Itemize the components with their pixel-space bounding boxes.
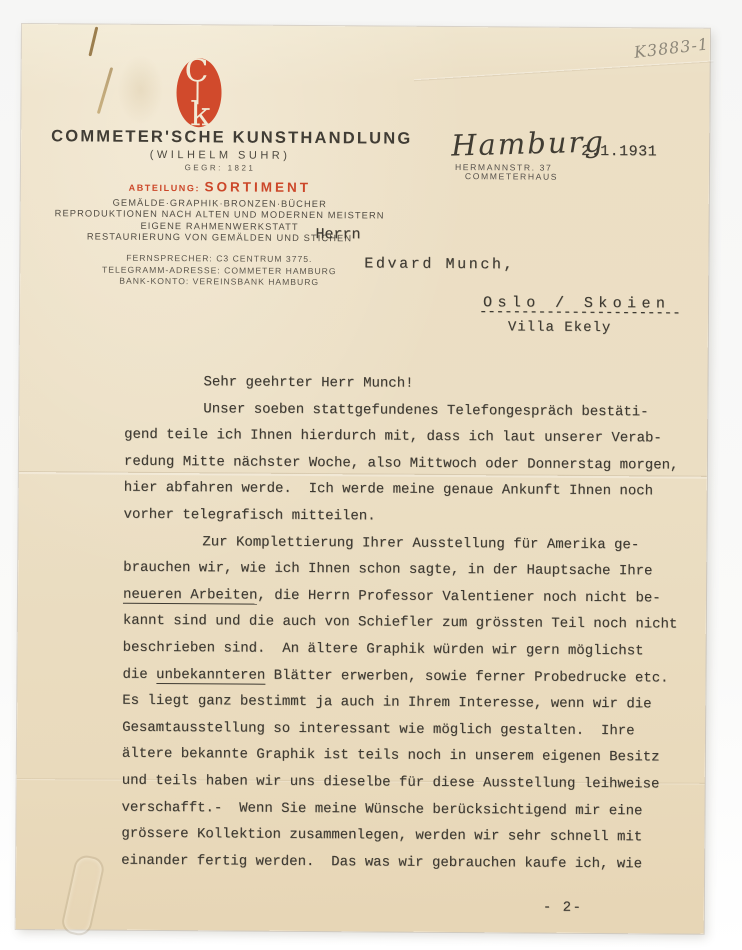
text-segment: ältere bekannte Graphik ist teils noch i… — [122, 746, 660, 766]
letterhead-contact-line: FERNSPRECHER: C3 CENTRUM 3775. — [50, 252, 388, 264]
text-segment: und teils haben wir uns dieselbe für die… — [122, 773, 660, 793]
body-line: gend teile ich Ihnen hierdurch mit, dass… — [124, 422, 696, 453]
contact-list: FERNSPRECHER: C3 CENTRUM 3775.TELEGRAMM-… — [50, 252, 388, 287]
department-label: ABTEILUNG: — [129, 183, 201, 193]
text-segment: einander fertig werden. Das was wir gebr… — [121, 852, 642, 872]
body-line: brauchen wir, wie ich Ihnen schon sagte,… — [123, 555, 695, 586]
letterhead-service-line: GEMÄLDE·GRAPHIK·BRONZEN·BÜCHER — [51, 197, 389, 209]
body-line: beschrieben sind. An ältere Graphik würd… — [123, 635, 695, 666]
scan-background: K3883-1 C k COMMETER'SCHE KUNSTHANDLUNG … — [0, 0, 742, 950]
underlined-text: neueren Arbeiten — [123, 586, 258, 604]
department-value: SORTIMENT — [205, 179, 312, 195]
text-segment: redung Mitte nächster Woche, also Mittwo… — [124, 454, 679, 474]
text-segment: Zur Komplettierung Ihrer Ausstellung für… — [202, 534, 639, 553]
body-line: Gesamtausstellung so interessant wie mög… — [122, 714, 694, 745]
text-segment: Blätter erwerben, sowie ferner Probedruc… — [265, 667, 668, 686]
letterhead-contact-line: TELEGRAMM-ADRESSE: COMMETER HAMBURG — [50, 264, 388, 276]
department-line: ABTEILUNG: SORTIMENT — [51, 177, 389, 197]
body-line: die unbekannteren Blätter erwerben, sowi… — [122, 661, 694, 692]
monogram-letter-k: k — [190, 97, 210, 130]
text-segment: Gesamtausstellung so interessant wie mög… — [122, 719, 635, 739]
body-line: Unser soeben stattgefundenes Telefongesp… — [124, 395, 696, 426]
rust-stain — [97, 67, 113, 114]
text-segment: Es liegt ganz bestimmt ja auch in Ihrem … — [122, 693, 651, 713]
paper-smudge — [117, 55, 163, 125]
letter-body: Sehr geehrter Herr Munch!Unser soeben st… — [121, 369, 697, 878]
text-segment: gend teile ich Ihnen hierdurch mit, dass… — [124, 427, 662, 447]
text-segment: brauchen wir, wie ich Ihnen schon sagte,… — [123, 560, 652, 580]
text-segment: verschafft.- Wenn Sie meine Wünsche berü… — [121, 799, 642, 819]
dateline-date: 2.1.1931 — [581, 143, 657, 161]
company-monogram-logo: C k — [176, 58, 221, 127]
body-line: verschafft.- Wenn Sie meine Wünsche berü… — [121, 794, 693, 825]
text-segment: vorher telegrafisch mitteilen. — [124, 507, 376, 525]
company-owner: (WILHELM SUHR) — [51, 148, 389, 162]
diagonal-crease — [414, 60, 714, 81]
body-line: einander fertig werden. Das was wir gebr… — [121, 847, 693, 878]
body-line: Sehr geehrter Herr Munch! — [124, 369, 696, 400]
archive-number-annotation: K3883-1 — [633, 34, 710, 62]
text-segment: beschrieben sind. An ältere Graphik würd… — [123, 640, 644, 660]
body-line: grössere Kollektion zusammenlegen, werde… — [121, 821, 693, 852]
body-line: hier abfahren werde. Ich werde meine gen… — [124, 475, 696, 506]
text-segment: die — [122, 666, 156, 682]
body-line: Zur Komplettierung Ihrer Ausstellung für… — [123, 528, 695, 559]
body-line: vorher telegrafisch mitteilen. — [123, 502, 695, 533]
letter-page: K3883-1 C k COMMETER'SCHE KUNSTHANDLUNG … — [16, 24, 710, 934]
recipient-prefix: Herrn — [315, 226, 360, 243]
paperclip-impression — [60, 853, 106, 938]
letterhead: COMMETER'SCHE KUNSTHANDLUNG (WILHELM SUH… — [50, 127, 389, 287]
page-number: - 2- — [543, 900, 583, 916]
underlined-text: unbekannteren — [156, 666, 265, 684]
text-segment: Unser soeben stattgefundenes Telefongesp… — [203, 401, 648, 420]
letterhead-service-line: REPRODUKTIONEN NACH ALTEN UND MODERNEN M… — [51, 208, 389, 220]
body-line: ältere bekannte Graphik ist teils noch i… — [122, 741, 694, 772]
letterhead-contact-line: BANK-KONTO: VEREINSBANK HAMBURG — [50, 275, 388, 287]
body-line: neueren Arbeiten, die Herrn Professor Va… — [123, 581, 695, 612]
body-line: redung Mitte nächster Woche, also Mittwo… — [124, 449, 696, 480]
company-name: COMMETER'SCHE KUNSTHANDLUNG — [51, 127, 389, 148]
text-segment: kannt sind und die auch von Schiefler zu… — [123, 613, 678, 633]
company-founded: GEGR: 1821 — [51, 162, 389, 173]
dateline-building: COMMETERHAUS — [465, 171, 558, 182]
text-segment: grössere Kollektion zusammenlegen, werde… — [121, 826, 642, 846]
body-line: kannt sind und die auch von Schiefler zu… — [123, 608, 695, 639]
text-segment: Sehr geehrter Herr Munch! — [203, 374, 413, 391]
body-line: Es liegt ganz bestimmt ja auch in Ihrem … — [122, 688, 694, 719]
recipient-name: Edvard Munch, — [364, 255, 515, 273]
text-segment: hier abfahren werde. Ich werde meine gen… — [124, 480, 653, 500]
body-line: und teils haben wir uns dieselbe für die… — [122, 768, 694, 799]
rust-stain — [88, 27, 98, 57]
recipient-residence: Villa Ekely — [508, 319, 612, 336]
text-segment: , die Herrn Professor Valentiener noch n… — [257, 587, 660, 606]
